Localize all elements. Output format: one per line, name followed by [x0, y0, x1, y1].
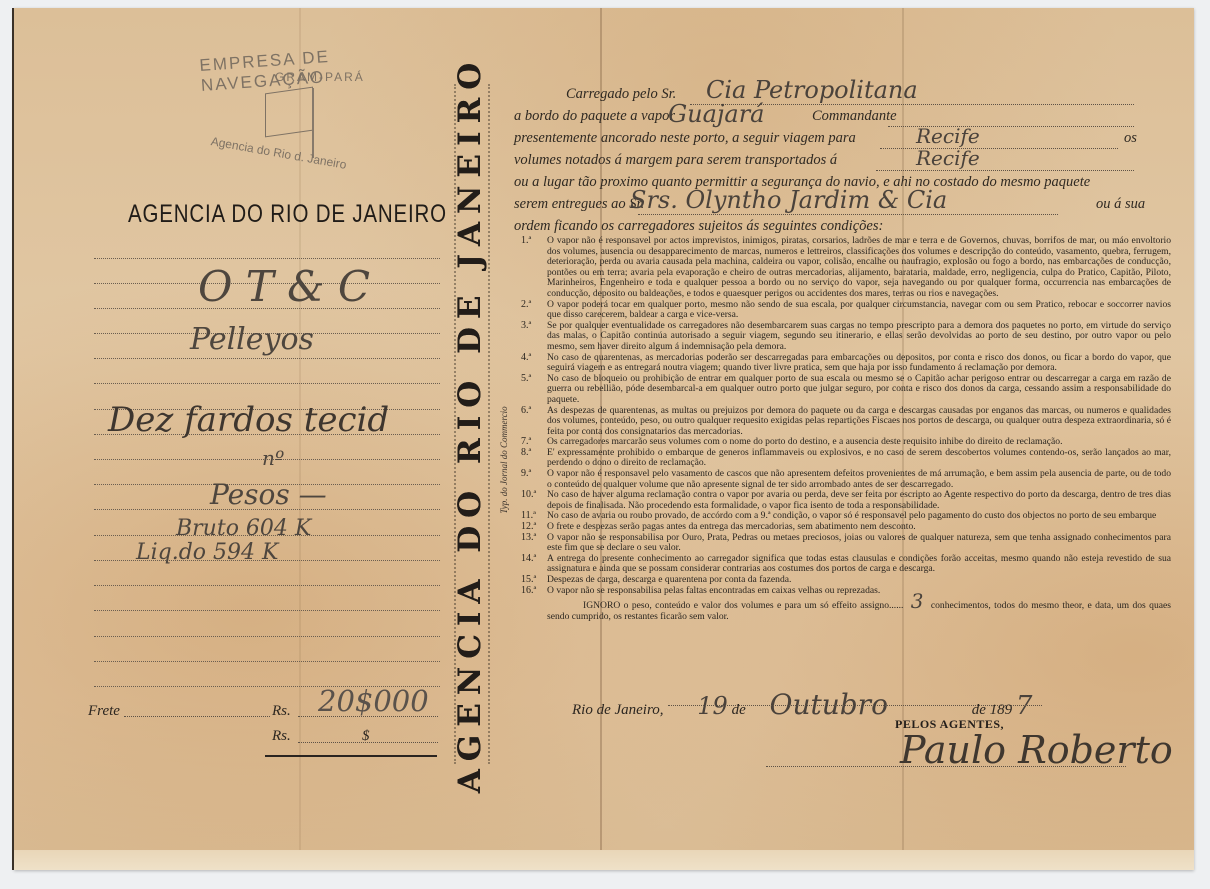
ruled-line	[94, 636, 440, 637]
date-place: Rio de Janeiro,	[572, 702, 664, 718]
stamp-company-name: EMPRESA DE NAVEGAÇÃO	[199, 40, 431, 96]
condition-item: 8.ªE' expressamente prohibido o embarque…	[521, 448, 1171, 469]
handwritten-place: Pelleyos	[190, 322, 314, 357]
stamp-agency: Agencia do Rio d. Janeiro	[210, 134, 348, 172]
handwritten-number: nº	[262, 446, 284, 470]
ruled-line	[94, 661, 440, 662]
total-rule	[265, 755, 437, 757]
volumes-text: volumes notados á margem para serem tran…	[514, 152, 837, 169]
condition-item: 13.ªO vapor não se responsabilisa por Ou…	[521, 533, 1171, 554]
ruled-line	[94, 258, 440, 259]
transport-line	[876, 170, 1134, 171]
destination-value: Recife	[916, 124, 980, 148]
ruled-line	[94, 585, 440, 586]
condition-item: 10.ªNo caso de haver alguma reclamação c…	[521, 490, 1171, 511]
handwritten-mark: O T & C	[198, 262, 370, 311]
vertical-banner: AGENCIA DO RIO DE JANEIRO	[448, 84, 492, 764]
handwritten-weights-label: Pesos —	[210, 478, 327, 511]
condition-item: 6.ªAs despezas de quarentenas, as multas…	[521, 406, 1171, 438]
ignoro-clause: IGNORO o peso, conteúdo e valor dos volu…	[521, 596, 1171, 622]
freight-label: Frete	[88, 703, 120, 720]
conditions-intro: ordem ficando os carregadores sujeitos á…	[514, 218, 883, 235]
paper-edge	[14, 850, 1194, 870]
ruled-line	[94, 383, 440, 384]
stamp-subtitle: GRAM-PARÁ	[275, 70, 365, 84]
banner-text: AGENCIA DO RIO DE JANEIRO	[452, 55, 488, 794]
stub-title: AGENCIA DO RIO DE JANEIRO	[128, 200, 447, 229]
date-year-digit: 7	[1016, 691, 1033, 721]
commander-label: Commandante	[812, 108, 897, 125]
steamer-name: Guajará	[668, 100, 764, 128]
dollar-sign: $	[362, 728, 370, 745]
ruled-line	[94, 610, 440, 611]
handwritten-net-weight: Liq.do 594 K	[136, 540, 278, 565]
handwritten-gross-weight: Bruto 604 K	[176, 516, 311, 541]
steamer-label: a bordo do paquete a vapor	[514, 108, 675, 125]
flagpole-icon	[312, 88, 314, 158]
freight-amount: 20$000	[318, 684, 429, 718]
transport-destination-value: Recife	[916, 146, 980, 170]
signature-line	[766, 766, 1126, 767]
consignee-line	[638, 214, 1058, 215]
handwritten-contents: Dez fardos tecid	[108, 400, 389, 440]
consignee-value: Srs. Olyntho Jardim & Cia	[630, 186, 947, 214]
condition-item: 14.ªA entrega do presente conhecimento a…	[521, 554, 1171, 575]
condition-item: 1.ªO vapor não é responsavel por actos i…	[521, 236, 1171, 300]
shipper-label: Carregado pelo Sr.	[566, 86, 676, 103]
date-day: 19	[697, 692, 728, 720]
printer-credit: Typ. do Jornal do Commercio	[497, 400, 511, 520]
condition-item: 5.ªNo caso de bloqueio ou prohibição de …	[521, 374, 1171, 406]
anchored-text: presentemente ancorado neste porto, a se…	[514, 130, 856, 147]
consignee-label: serem entregues ao Sr.	[514, 196, 644, 213]
or-order-text: ou á sua	[1096, 196, 1145, 213]
condition-item: 4.ªNo caso de quarentenas, as mercadoria…	[521, 353, 1171, 374]
freight-dotted-line	[124, 716, 270, 717]
rs-label: Rs.	[272, 703, 291, 720]
rs-label-2: Rs.	[272, 728, 291, 745]
condition-item: 3.ªSe por qualquer eventualidade os carr…	[521, 321, 1171, 353]
os-label: os	[1124, 130, 1137, 147]
ruled-line	[94, 358, 440, 359]
copies-count: 3	[907, 589, 928, 613]
conditions-list: 1.ªO vapor não é responsavel por actos i…	[521, 236, 1171, 622]
company-stamp: EMPRESA DE NAVEGAÇÃO GRAM-PARÁ Agencia d…	[180, 38, 430, 178]
printer-credit-text: Typ. do Jornal do Commercio	[499, 406, 509, 513]
date-dotted-line	[668, 705, 1042, 706]
condition-item: 2.ªO vapor poderá tocar em qualquer port…	[521, 300, 1171, 321]
flag-icon	[265, 87, 313, 138]
condition-item: 16.ªO vapor não se responsabilisa pelas …	[521, 586, 1171, 597]
condition-item: 9.ªO vapor não é responsavel pelo vasame…	[521, 469, 1171, 490]
